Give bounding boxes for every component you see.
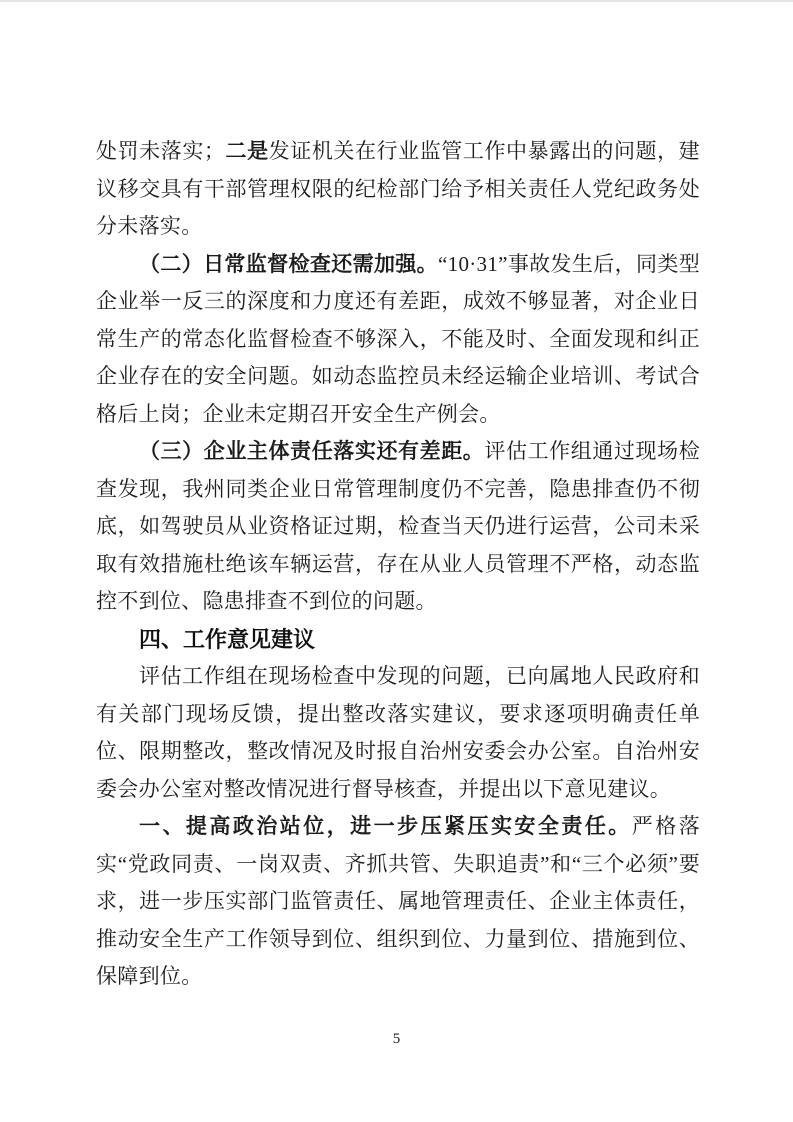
paragraph-continuation-penalty: 处罚未落实；二是发证机关在行业监管工作中暴露出的问题，建议移交具有干部管理权限的…: [96, 133, 700, 246]
paragraph-item-3-enterprise-responsibility: （三）企业主体责任落实还有差距。评估工作组通过现场检查发现，我州同类企业日常管理…: [96, 433, 700, 621]
page-footer: 5: [0, 1030, 793, 1048]
document-page: 处罚未落实；二是发证机关在行业监管工作中暴露出的问题，建议移交具有干部管理权限的…: [0, 0, 793, 1122]
section-heading-work-suggestions: 四、工作意见建议: [96, 621, 700, 659]
paragraph-suggestion-1-political-stance: 一、提高政治站位，进一步压紧压实安全责任。严格落实“党政同责、一岗双责、齐抓共管…: [96, 808, 700, 996]
paragraph-item-2-daily-supervision: （二）日常监督检查还需加强。“10·31”事故发生后，同类型企业举一反三的深度和…: [96, 246, 700, 434]
document-body: 处罚未落实；二是发证机关在行业监管工作中暴露出的问题，建议移交具有干部管理权限的…: [96, 133, 700, 996]
text-run-subheading: 一、提高政治站位，进一步压紧压实安全责任。: [139, 814, 632, 838]
text-run: 处罚未落实；: [96, 139, 225, 163]
text-run: “10·31”事故发生后，同类型企业举一反三的深度和力度还有差距，成效不够显著，…: [96, 252, 700, 426]
text-run: 评估工作组通过现场检查发现，我州同类企业日常管理制度仍不完善，隐患排查仍不彻底，…: [96, 439, 700, 613]
text-run: 评估工作组在现场检查中发现的问题，已向属地人民政府和有关部门现场反馈，提出整改落…: [96, 664, 700, 801]
text-run-subheading: （三）企业主体责任落实还有差距。: [139, 439, 484, 463]
text-run: 严格落实“党政同责、一岗双责、齐抓共管、失职追责”和“三个必须”要求，进一步压实…: [96, 814, 700, 988]
paragraph-rectification-feedback: 评估工作组在现场检查中发现的问题，已向属地人民政府和有关部门现场反馈，提出整改落…: [96, 658, 700, 808]
text-run-subheading: （二）日常监督检查还需加强。: [139, 252, 438, 276]
text-run-bold-emphasis: 二是: [225, 139, 268, 163]
page-number: 5: [393, 1031, 401, 1047]
